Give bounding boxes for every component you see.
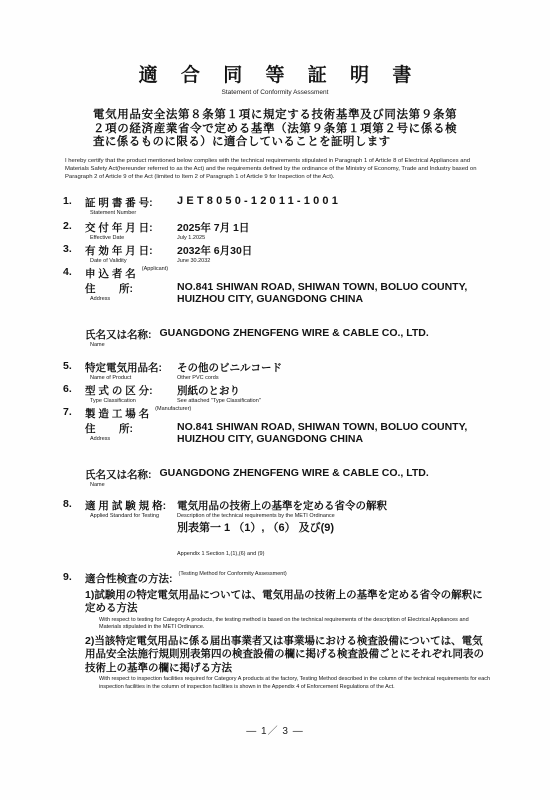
item-number: 7. [63,406,85,418]
validity-date-label: 有 効 年 月 日: Date of Validity [85,243,155,264]
method-sub1-jp: 1)試験用の特定電気用品については、電気用品の技術上の基準を定める省令の解釈に定… [85,589,490,616]
standard-label: 適 用 試 験 規 格: Applied Standard for Testin… [85,498,155,519]
standard-row: 8. 適 用 試 験 規 格: Applied Standard for Tes… [63,498,510,557]
product-value: その他のビニルコード Other PVC cords [177,360,282,381]
type-classification-value: 別紙のとおり See attached "Type Classification… [177,383,261,404]
applicant-name-block: 氏名又は名称: GUANGDONG ZHENGFENG WIRE & CABLE… [63,327,510,348]
factory-label-en: (Manufacturer) [155,406,191,412]
factory-header-row: 7. 製 造 工 場 名 (Manufacturer) [63,406,510,421]
document-title-jp: 適 合 同 等 証 明 書 [0,60,550,87]
item-number: 4. [63,266,85,278]
applicant-address-label: 住 所: Address [85,281,155,302]
statement-number-row: 1. 証 明 書 番 号: Statement Number JET8050-1… [63,195,510,216]
applicant-name-value: GUANGDONG ZHENGFENG WIRE & CABLE CO., LT… [160,327,429,339]
certification-statement-en: I hereby certify that the product mentio… [65,157,492,182]
method-label-en: (Testing Method for Conformity Assessmen… [179,571,287,577]
applicant-label-jp: 申 込 者 名 [85,266,136,281]
validity-date-value: 2032年 6月30日 June 30.2032 [177,243,252,264]
applicant-header-row: 4. 申 込 者 名 (Applicant) [63,266,510,281]
factory-name-value: GUANGDONG ZHENGFENG WIRE & CABLE CO., LT… [160,467,429,479]
item-number: 1. [63,195,85,207]
spacer [63,309,510,327]
document-title-en: Statement of Conformity Assessment [0,89,550,96]
applicant-label-en: (Applicant) [142,266,168,272]
certificate-page: 適 合 同 等 証 明 書 Statement of Conformity As… [0,0,550,800]
item-number: 8. [63,498,85,510]
type-classification-label: 型 式 の 区 分: Type Classification [85,383,155,404]
effective-date-label: 交 付 年 月 日: Effective Date [85,220,155,241]
standard-appendix-jp: 別表第一 1 （1）, （6） 及び(9) [177,519,387,535]
applicant-address-value: NO.841 SHIWAN ROAD, SHIWAN TOWN, BOLUO C… [177,281,467,305]
standard-value: 電気用品の技術上の基準を定める省令の解釈 Description of the … [177,498,387,557]
effective-date-value: 2025年 7月 1日 July 1.2025 [177,220,249,241]
spacer [63,449,510,467]
item-number: 5. [63,360,85,372]
item-number: 9. [63,571,85,583]
page-number: — 1／ 3 — [0,722,550,737]
item-number: 2. [63,220,85,232]
standard-appendix-en: Appendix 1 Section 1,(1),(6) and (9) [177,551,387,557]
applicant-name-label: 氏名又は名称: [85,327,152,342]
certification-statement-jp: 電気用品安全法第８条第１項に規定する技術基準及び同法第９条第２項の経済産業省令で… [93,109,457,150]
statement-number-value: JET8050-12011-1001 [177,195,341,207]
method-sub2-en: With respect to inspection facilities re… [99,676,491,691]
statement-number-label: 証 明 書 番 号: Statement Number [85,195,155,216]
spacer [63,488,510,498]
factory-name-label: 氏名又は名称: [85,467,152,482]
validity-date-row: 3. 有 効 年 月 日: Date of Validity 2032年 6月3… [63,243,510,264]
factory-address-label: 住 所: Address [85,421,155,442]
effective-date-row: 2. 交 付 年 月 日: Effective Date 2025年 7月 1日… [63,220,510,241]
item-number: 6. [63,383,85,395]
spacer [63,557,510,571]
factory-address-value: NO.841 SHIWAN ROAD, SHIWAN TOWN, BOLUO C… [177,421,467,445]
type-classification-row: 6. 型 式 の 区 分: Type Classification 別紙のとおり… [63,383,510,404]
method-header-row: 9. 適合性検査の方法: (Testing Method for Conform… [63,571,510,586]
item-number: 3. [63,243,85,255]
factory-label-jp: 製 造 工 場 名 [85,406,149,421]
certificate-items: 1. 証 明 書 番 号: Statement Number JET8050-1… [63,195,510,692]
factory-address-row: 住 所: Address NO.841 SHIWAN ROAD, SHIWAN … [63,421,510,445]
applicant-address-row: 住 所: Address NO.841 SHIWAN ROAD, SHIWAN … [63,281,510,305]
spacer [63,348,510,360]
method-label-jp: 適合性検査の方法: [85,571,173,586]
method-sub1-en: With respect to testing for Category A p… [99,617,491,632]
product-row: 5. 特定電気用品名: Name of Product その他のビニルコード O… [63,360,510,381]
product-label: 特定電気用品名: Name of Product [85,360,155,381]
method-sub2-jp: 2)当該特定電気用品に係る届出事業者又は事業場における検査設備については、電気用… [85,635,490,676]
factory-name-block: 氏名又は名称: GUANGDONG ZHENGFENG WIRE & CABLE… [63,467,510,488]
